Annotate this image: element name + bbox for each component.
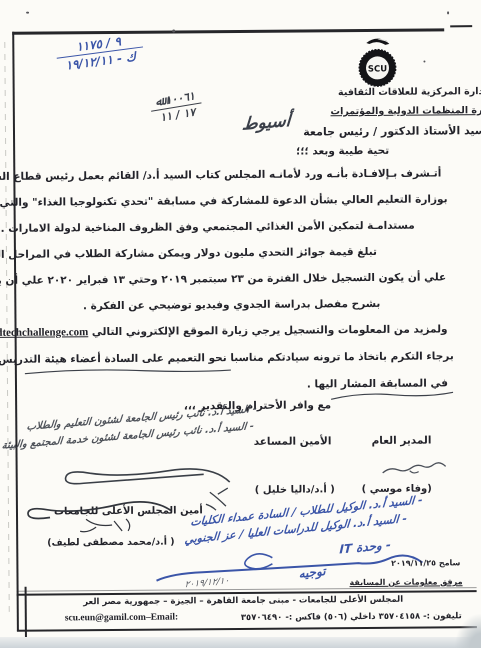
competition-url: www.foodtechchallenge.com [0, 326, 88, 339]
handwritten-university-name: أسيوط [241, 111, 291, 135]
scanner-edge-strip [0, 637, 481, 648]
logo-center-text: SCU [368, 64, 387, 74]
assistant-secretary-title: الأمين المساعد [254, 435, 332, 448]
council-secretary-signature [26, 493, 176, 540]
header-to-line: السيد الأستاذ الدكتور / رئيس جامعة [303, 124, 481, 138]
header-dept1: الإدارة المركزية للعلاقات الثقافية [338, 86, 481, 98]
body-line-4: تبلغ قيمة جوائز التحدي مليون دولار ويمكن… [0, 246, 377, 261]
frame-top-line [12, 28, 444, 34]
assistant-secretary-name: ( أ.د/داليا خليل ) [255, 484, 335, 496]
footer-phone: تليفون :- ٣٥٧٠٤١٥٨ داخلي (٥٠٦) فاكس :- ٣… [241, 611, 462, 623]
attachment-note: مرفق معلومات عن المسابقة [349, 577, 462, 587]
scan-speck [423, 61, 425, 63]
handwritten-reference-number: ٩ ∕ ١١٧٥ ك - ١٩/١٢/١١ [55, 32, 145, 74]
scan-speck [447, 11, 449, 14]
handwritten-received-number: ١٠٠٦١ ﷲ ١٧ / ١١ [149, 88, 204, 125]
body-line-7: ولمزيد من المعلومات والتسجيل يرجي زيارة … [0, 323, 448, 339]
body-line-2: بوزارة التعليم العالي بشأن الدعوة للمشار… [0, 193, 448, 209]
website-intro-text: ولمزيد من المعلومات والتسجيل يرجي زيارة … [92, 323, 448, 338]
sameh-date-note: سامح ٢٠١٩/١١/٢٥ [391, 558, 460, 568]
body-line-1: أتـشرف بـإلافـادة بأنـه ورد لأمانـه المج… [0, 167, 441, 183]
frame-bottom-line [17, 626, 477, 632]
general-manager-title: المدير العام [371, 435, 431, 447]
council-secretary-name: ( أ.د/محمد مصطفى لطيف) [47, 537, 174, 549]
footer-address: المجلس الأعلى للجامعات - مبنى جامعة القا… [3, 594, 481, 608]
scan-tilt-wrapper: ٩ ∕ ١١٧٥ ك - ١٩/١٢/١١ ١٠٠٦١ ﷲ ١٧ / ١١ SC… [0, 0, 481, 648]
scanned-letter-page: { "colors": { "ink_blue": "#3b55a8", "in… [0, 0, 481, 648]
handwritten-underline [329, 390, 454, 403]
footer-email: scu.eun@gamil.com–Email: [65, 613, 178, 624]
scan-speck [26, 12, 29, 14]
scanner-corner-shade [455, 614, 481, 648]
header-dept2: إدارة المنظمات الدولية والمؤتمرات [330, 105, 481, 117]
body-line-3: مستدامـة لتمكين الأمن الغذائي المجتمعي و… [1, 220, 415, 235]
logo-calligraphy [366, 39, 389, 45]
frame-top-dash [450, 25, 472, 27]
scu-logo: SCU [348, 35, 406, 93]
greeting-line: تحية طيبة وبعد ؛؛؛ [296, 145, 389, 158]
body-line-9: في المسابقة المشار اليها . [307, 377, 448, 390]
handwritten-underline [23, 366, 233, 378]
body-line-8: برجاء التكرم باتخاذ ما ترونه سيادتكم منا… [0, 350, 454, 366]
body-line-5: علي أن يكون التسجيل خلال الفترة من ٢٣ سب… [0, 271, 446, 287]
body-line-6: بشرح مفصل بدراسة الجدوي وفيديو توضيحي عن… [83, 298, 380, 312]
general-manager-signature [380, 456, 450, 479]
scan-speck [172, 30, 175, 33]
